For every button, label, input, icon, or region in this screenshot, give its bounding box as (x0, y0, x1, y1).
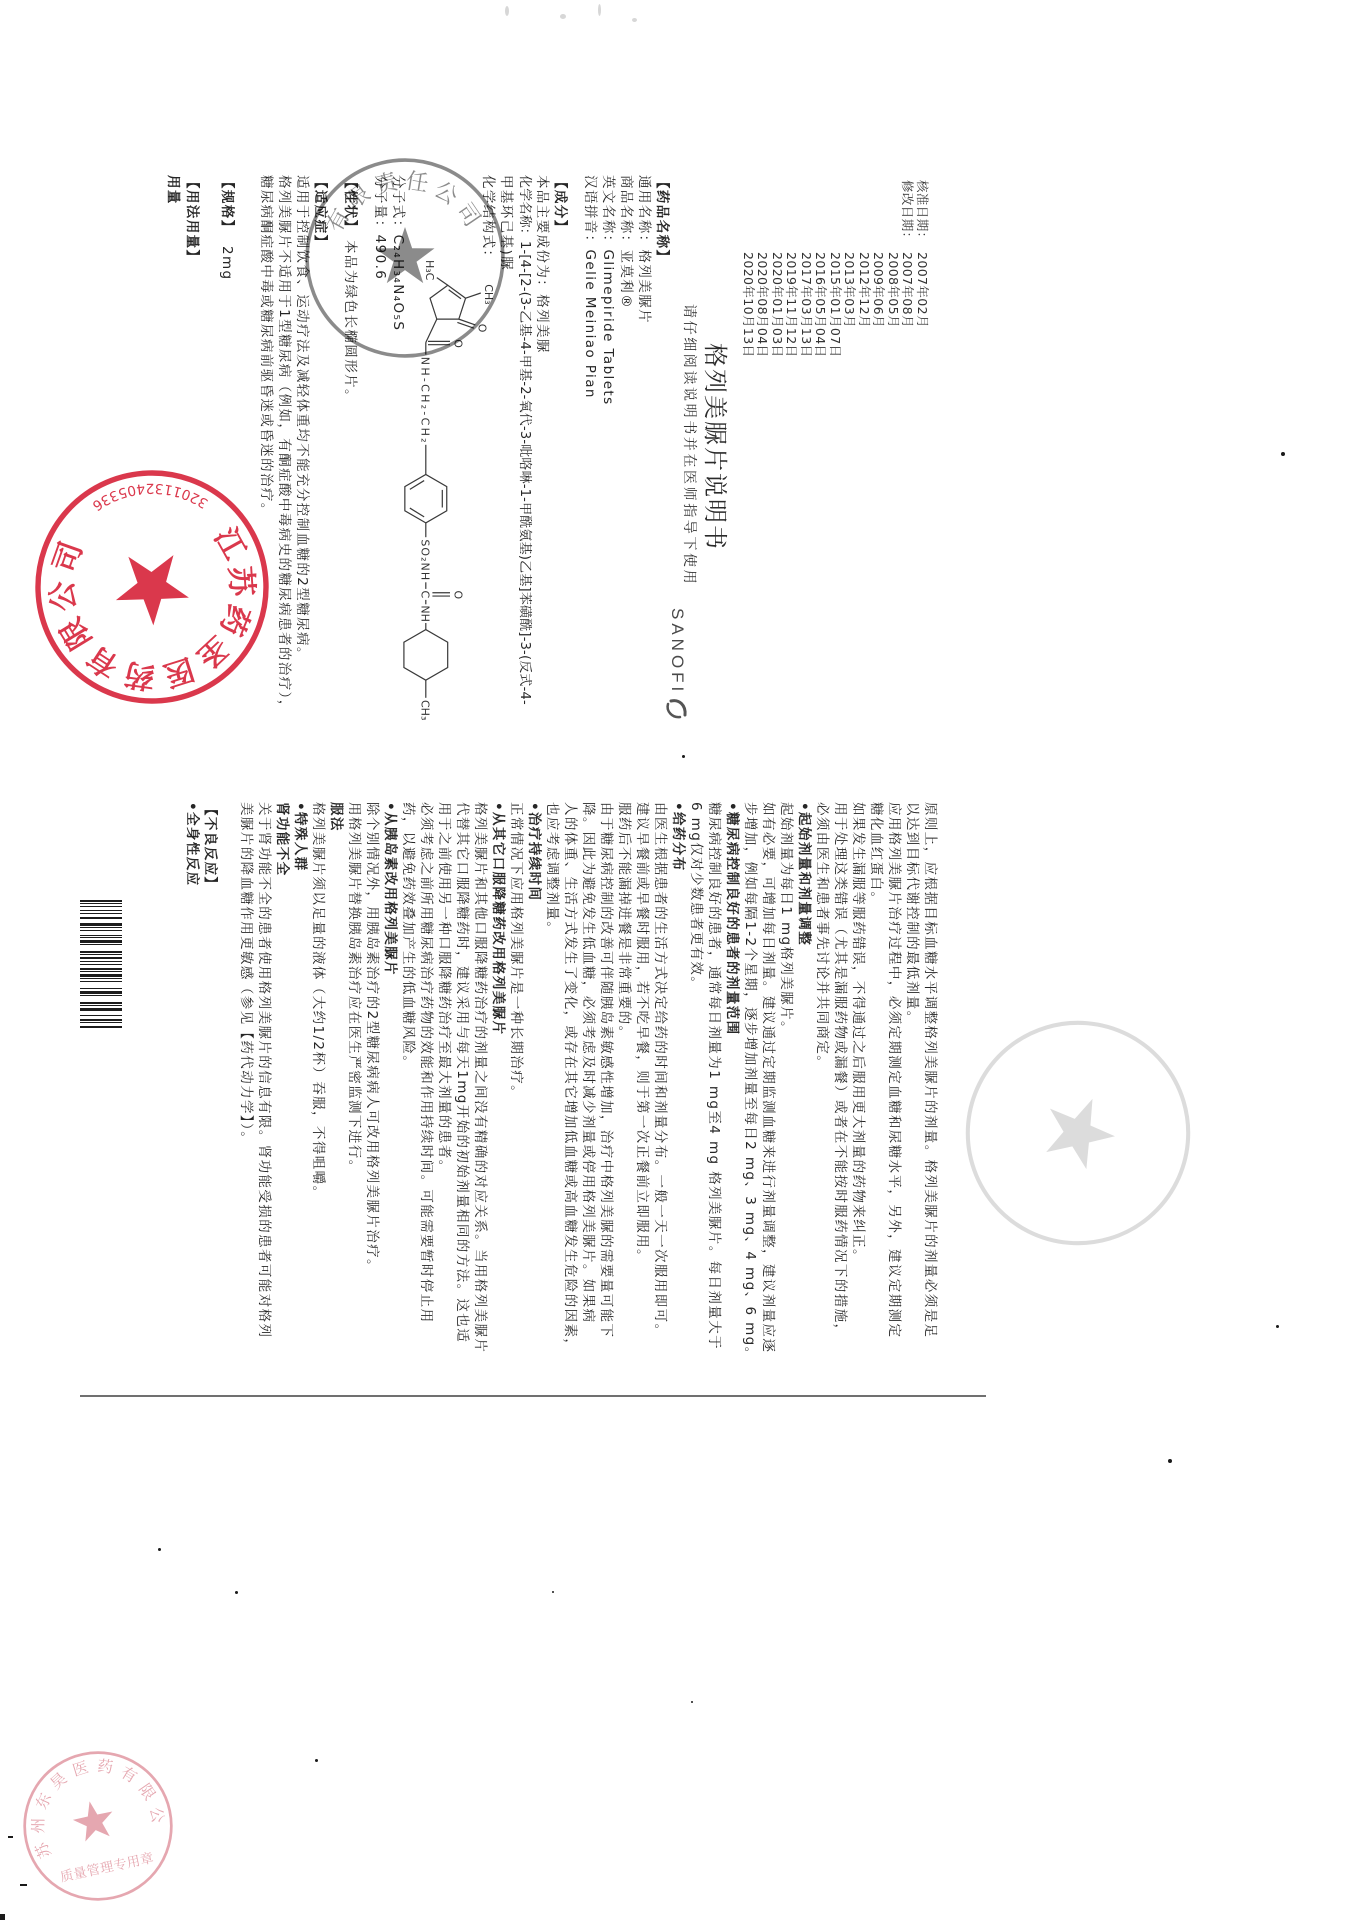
scan-speck (1168, 1459, 1172, 1463)
scan-speck (0, 1914, 5, 1920)
dosage-subheading: 肾功能不全 (273, 802, 291, 877)
dosage-line: 应用格列美脲片治疗过程中，必须定期测定血糖和尿糖水平，另外，建议定期测定 (885, 802, 903, 1338)
dosage-line: 人的体重、生活方式发生了变化，或存在其它增加低血糖或高血糖发生危险的因素， (561, 802, 579, 1353)
indications-line: 格列美脲片不适用于1型糖尿病（例如，有酮症酸中毒病史的糖尿病患者的治疗）， (275, 175, 293, 715)
structure-linker: NH-CH₂-CH₂ (418, 357, 431, 443)
scan-speck (691, 1701, 693, 1703)
dosage-subheading: •特殊人群 (291, 802, 309, 872)
star-icon (376, 227, 435, 283)
scan-smudge (505, 6, 509, 16)
section-heading-strength: 【规格】 (218, 175, 236, 235)
dosage-subheading: •治疗持续时间 (525, 802, 543, 901)
dosage-line: 必须考虑之前所用糖尿病治疗药物的效能和作用持续时间。可能需要暂时停止用 (417, 802, 435, 1324)
dosage-line: 也应考虑调整剂量。 (543, 802, 561, 936)
dosage-subheading: •给药分布 (669, 802, 687, 872)
structure-urea-carbon: C (418, 591, 431, 599)
quality-management-seal: 苏州东昊医药有限公司 质量管理专用章 (5, 1733, 190, 1918)
scan-smudge (598, 4, 601, 16)
section-heading-adverse-reactions: 【不良反应】 (201, 802, 219, 891)
revision-date: 2016年05月04日 (814, 252, 828, 358)
document-title: 格列美脲片说明书 (701, 343, 729, 551)
strength-value: 2mg (218, 246, 236, 281)
dosage-line: 糖化血红蛋白。 (867, 802, 885, 906)
dosage-line: 药，以避免药效叠加产生的低血糖风险。 (399, 802, 417, 1070)
rotated-leaflet-page: 核准日期： 2007年02月 修改日期： 2007年08月 2008年05月 2… (145, 160, 945, 1390)
revision-date: 2017年03月13日 (799, 252, 813, 358)
trade-name: 商品名称：亚莫利® (617, 175, 635, 309)
revision-date: 2020年10月13日 (741, 252, 755, 358)
dosage-line: 糖尿病控制良好的患者，通常每日剂量为1 mg至4 mg 格列美脲片。每日剂量大于 (705, 802, 723, 1350)
dosage-subheading: 服法 (327, 802, 345, 832)
dosage-subheading: •起始剂量和剂量调整 (795, 802, 813, 946)
dosage-line: 降。因此为避免发生低血糖，必须考虑及时减少剂量或停用格列美脲片。如果病 (579, 802, 597, 1324)
dosage-line: 以达到目标代谢控制的最低剂量。 (903, 802, 921, 1026)
revision-date: 2015年01月07日 (828, 252, 842, 358)
section-heading-composition: 【成分】 (551, 175, 569, 235)
structure-terminal-methyl: CH₃ (418, 700, 431, 720)
dosage-line: 如果发生漏服等服药错误，不得通过之后服用更大剂量的药物来纠正。 (849, 802, 867, 1264)
dosage-line: 格列美脲片须以足量的液体（大约1/2杯）吞服，不得咀嚼。 (309, 802, 327, 1200)
scan-speck (158, 1548, 161, 1551)
dosage-line: 服药后不能漏掉进餐是非常重要的。 (615, 802, 633, 1040)
star-icon (114, 555, 189, 627)
scan-speck (20, 1884, 27, 1886)
approval-date: 2007年02月 (915, 252, 929, 328)
scan-speck (1276, 1325, 1279, 1328)
dosage-line: 关于肾功能不全的患者使用格列美脲片的信息有限。肾功能受损的患者可能对格列 (255, 802, 273, 1338)
dosage-line: 代替其它口服降糖药时，建议采用与每天1mg开始的初始剂量相同的方法。这也适 (453, 802, 471, 1343)
revision-date: 2008年05月 (886, 252, 900, 328)
revision-date: 2007年08月 (901, 252, 915, 328)
revision-date: 2013年03月 (843, 252, 857, 328)
star-icon (70, 1797, 117, 1843)
section-heading-drug-name: 【药品名称】 (653, 175, 671, 264)
barcode (80, 900, 122, 1029)
dosage-line: 格列美脲片和其他口服降糖药治疗的剂量之间没有精确的对应关系。当用格列美脲片 (471, 802, 489, 1353)
star-icon (1045, 1095, 1118, 1171)
revision-date: 2020年01月03日 (770, 252, 784, 358)
dosage-subheading: 用量 (164, 175, 182, 205)
dosage-subheading: •从其它口服降糖药改用格列美脲片 (489, 802, 507, 1036)
dosage-line: 原则上，应根据目标血糖水平调整格列美脲片的剂量。格列美脲片的剂量必须是足 (921, 802, 939, 1338)
dosage-subheading: •从胰岛素改用格列美脲片 (381, 802, 399, 976)
dosage-line: 由医生根据患者的生活方式决定给药的时间和剂量分布。一般一天一次服用即可。 (651, 802, 669, 1338)
dosage-subheading: •糖尿病控制良好的患者的剂量范围 (723, 802, 741, 1036)
dosage-line: 正常情况下应用格列美脲片是一种长期治疗。 (507, 802, 525, 1100)
grey-company-seal: 有限责任公司 (303, 156, 507, 360)
quality-seal-text: 苏州东昊医药有限公司 (15, 1744, 169, 1862)
quality-seal-subtext: 质量管理专用章 (58, 1849, 155, 1885)
scan-smudge (560, 14, 566, 19)
scan-speck (8, 1836, 13, 1838)
structure-sulfonyl: SO₂NH (418, 539, 431, 580)
structure-urea-oxygen: O (451, 591, 464, 600)
dosage-line: 必须由医生和患者事先讨论并共同商定。 (813, 802, 831, 1070)
structure-urea-nitrogen: NH (418, 605, 431, 622)
revision-date: 2019年11月12日 (785, 252, 799, 358)
dosage-line: 起始剂量为每日1 mg格列美脲片。 (777, 802, 795, 1036)
revision-date: 2020年08月04日 (756, 252, 770, 358)
sanofi-logo-icon (664, 696, 690, 722)
dosage-line: 步增加，例如每隔1-2个星期，逐步增加剂量至每日2 mg、3 mg、4 mg、6… (741, 802, 759, 1362)
scan-speck (1281, 452, 1285, 456)
dosage-line: 美脲片的降血糖作用更敏感（参见【药代动力学】）。 (237, 802, 255, 1146)
approval-date-label: 核准日期： (915, 180, 929, 245)
dosage-line: 建议早餐前或早餐时服用，若不吃早餐，则于第一次正餐前立即服用。 (633, 802, 651, 1264)
scan-speck (315, 1759, 318, 1762)
dosage-line: 除个别情况外，用胰岛素治疗的2型糖尿病病人可改用格列美脲片治疗。 (363, 802, 381, 1274)
faint-grey-seal (952, 1007, 1203, 1258)
english-name: 英文名称：Glimepiride Tablets (599, 175, 617, 406)
section-heading-dosage: 【用法用量】 (183, 175, 201, 264)
dosage-line: 6 mg仅对少数患者更有效。 (687, 802, 705, 991)
main-ingredient: 本品主要成份为：格列美脲 (533, 175, 551, 354)
revision-date: 2009年06月 (872, 252, 886, 328)
scan-speck (552, 1591, 554, 1593)
paper-fold-line (80, 1395, 986, 1397)
revision-date-label: 修改日期： (901, 180, 915, 245)
scan-smudge (632, 18, 637, 22)
scan-speck (235, 1591, 238, 1594)
document-subtitle: 请仔细阅读说明书并在医师指导下使用 (680, 304, 698, 586)
dosage-line: 用格列美脲片替换胰岛素治疗应在医生严密监测下进行。 (345, 802, 363, 1175)
generic-name: 通用名称：格列美脲片 (635, 175, 653, 324)
dosage-line: 由于糖尿病控制的改善可伴随胰岛素敏感性增加，治疗中格列美脲的需要量可能下 (597, 802, 615, 1338)
dosage-line: 用于处理这类错误（尤其是漏服药物或漏餐）或者在不能按时服药情况下的措施， (831, 802, 849, 1338)
adverse-reactions-item: •全身性反应 (183, 802, 201, 887)
scan-speck (682, 755, 685, 758)
dosage-line: 如有必要，可增加每日剂量。建议通过定期监测血糖来进行剂量调整，建议剂量应逐 (759, 802, 777, 1353)
svg-text:苏州东昊医药有限公司: 苏州东昊医药有限公司 (15, 1744, 169, 1862)
revision-date: 2012年12月 (857, 252, 871, 328)
brand-name: SANOFI (666, 608, 688, 695)
dosage-line: 用于之前使用另一种口服降糖药治疗至最大剂量的患者。 (435, 802, 453, 1175)
red-company-seal: 江苏药圣医药有限公司 3201132405336 (28, 463, 276, 711)
pinyin-name: 汉语拼音：Gelie Meiniao Pian (581, 175, 599, 399)
chemical-name: 化学名称：1-[4-[2-(3-乙基-4-甲基-2-氧代-3-吡咯啉-1-甲酰氨… (515, 175, 533, 705)
